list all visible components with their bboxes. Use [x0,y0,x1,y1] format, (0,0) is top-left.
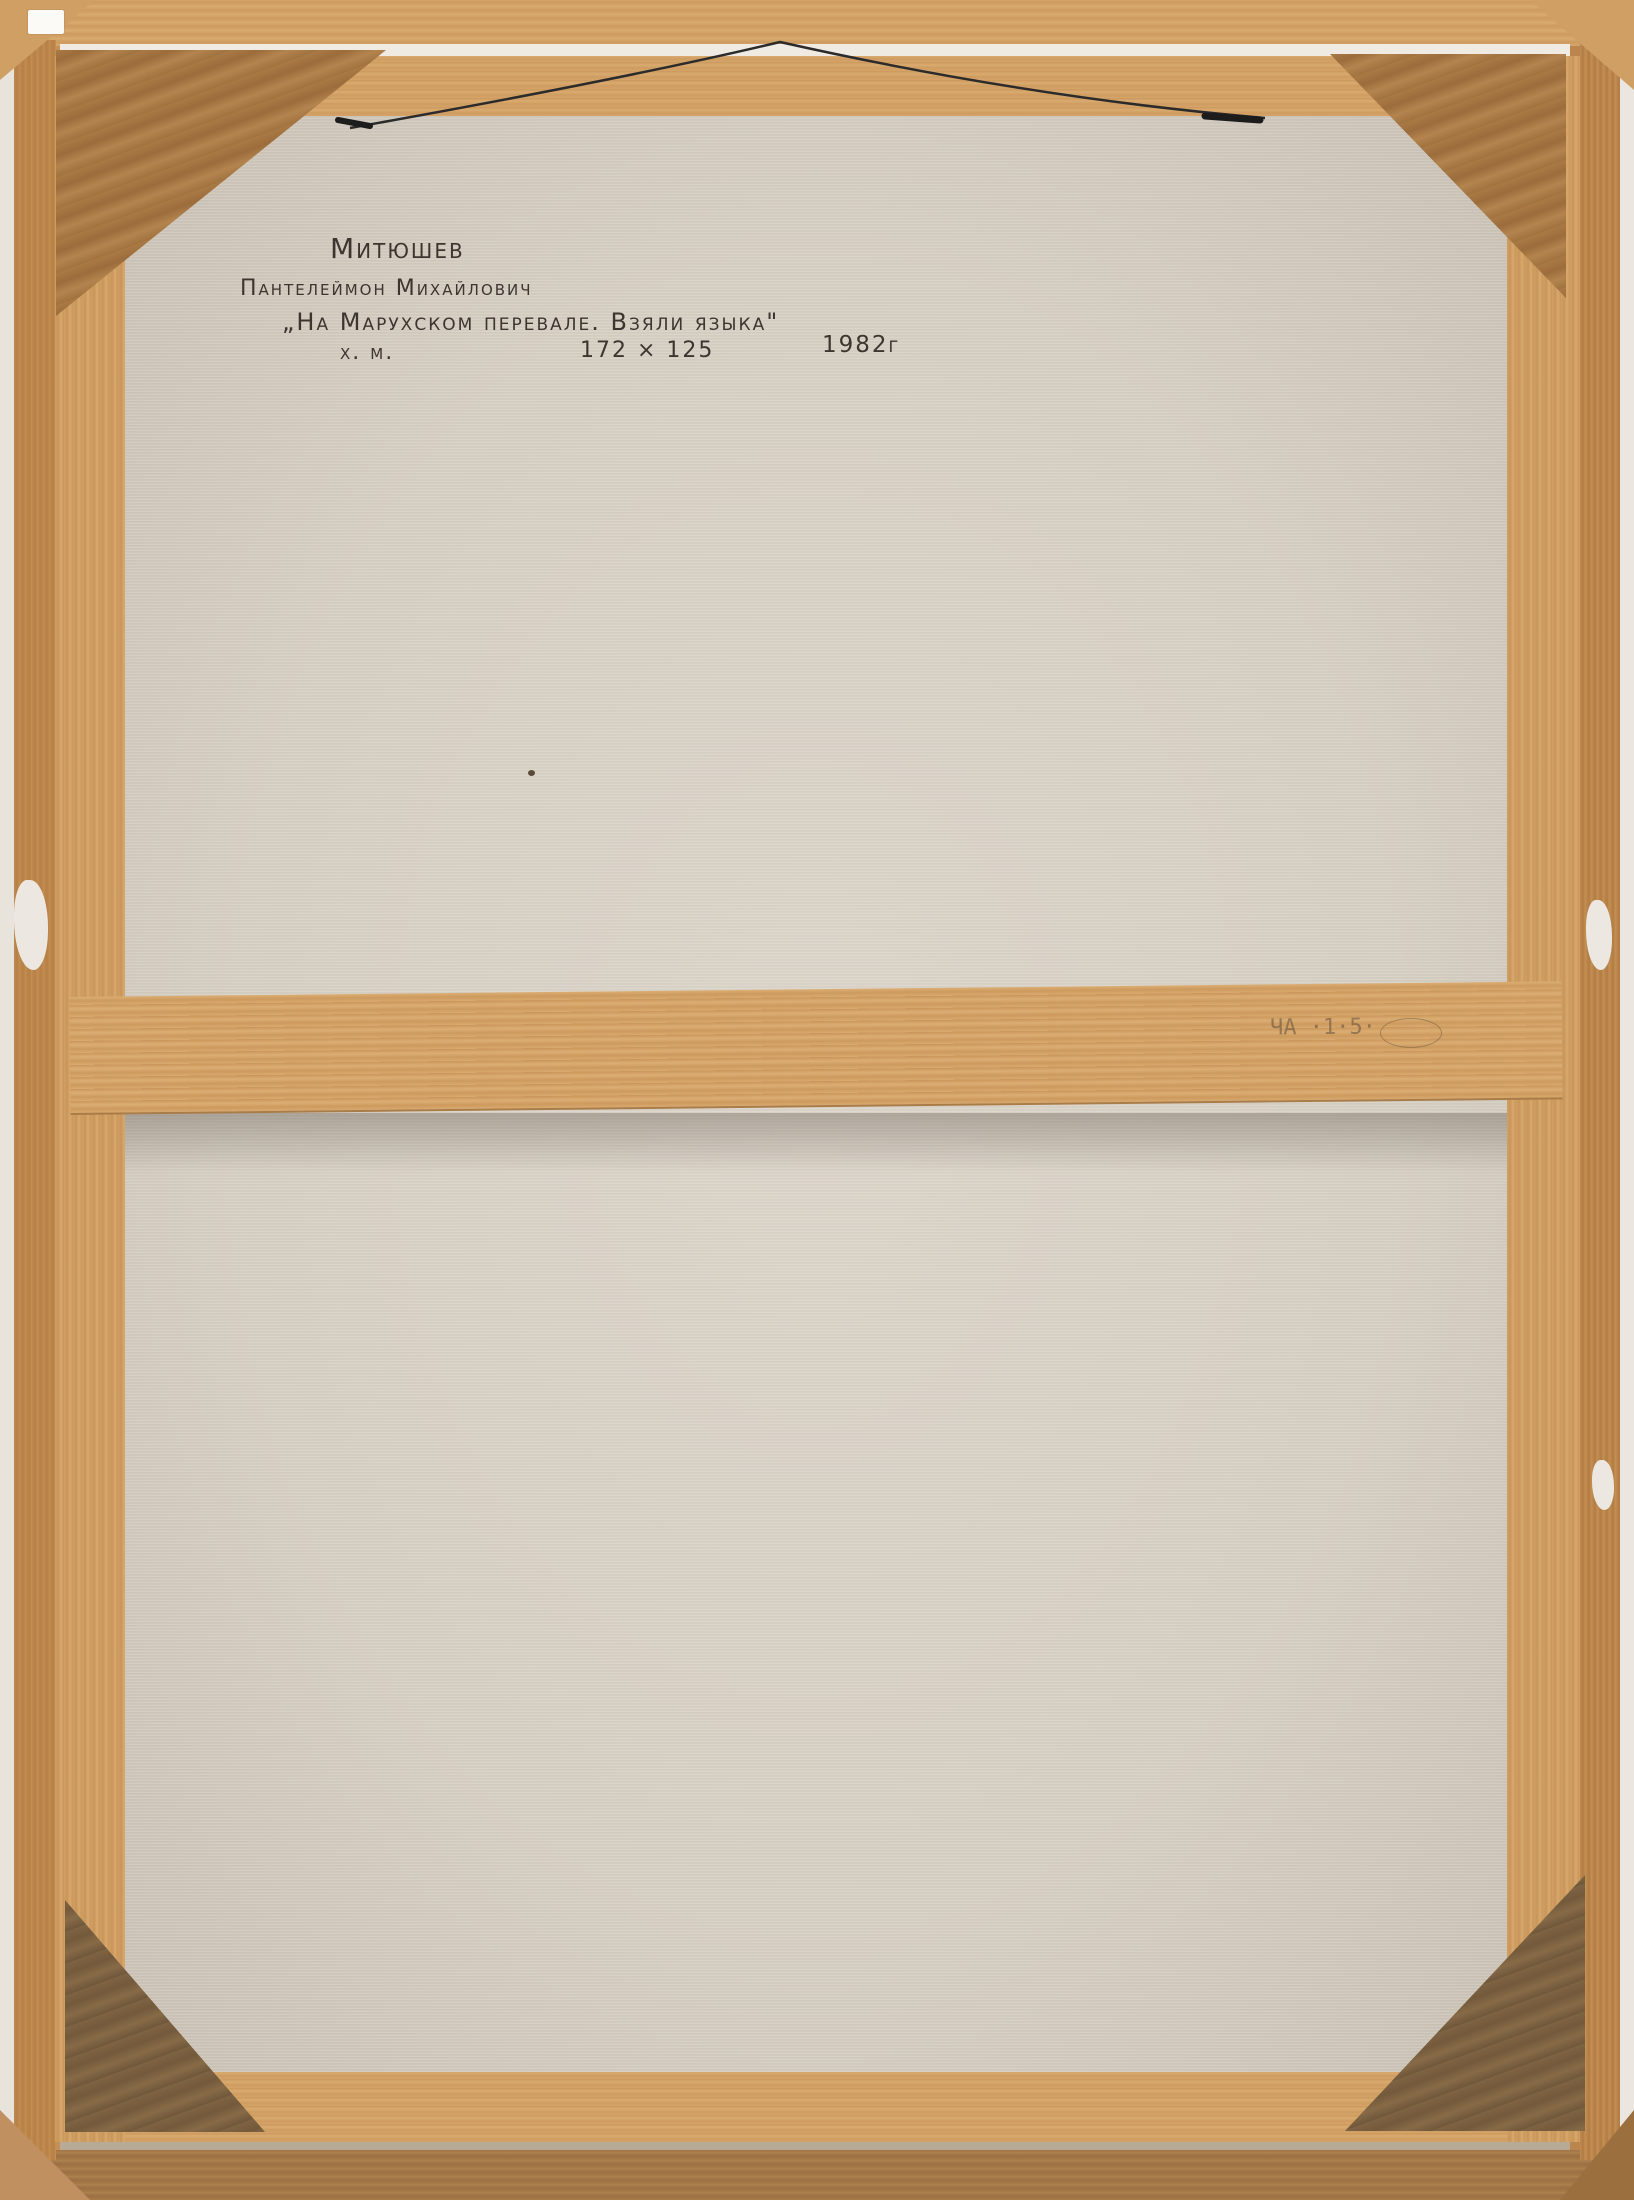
crossbar-pencil-oval [1380,1018,1442,1048]
crossbar-shadow [125,1113,1507,1173]
artist-surname: Митюшев [330,232,465,265]
white-paint-edge-left [0,0,14,2200]
canvas-speck [528,770,535,776]
painting-title: „На Марухском перевале. Взяли языка" [282,308,779,336]
painting-dimensions: 172 × 125 [580,338,714,363]
hanging-wire-icon [330,38,1270,138]
outer-frame-bottom-bar [0,2150,1634,2200]
crossbar-pencil-note: ЧА ·1·5· [1270,1014,1376,1040]
outer-frame-right-bar [1580,40,1620,2160]
painting-year: 1982г [822,332,900,358]
outer-frame-left-bar [14,40,56,2160]
paint-spot [1592,1460,1614,1510]
artist-given-names: Пантелеймон Михайлович [240,276,533,301]
painting-medium: х. м. [340,340,394,365]
paint-spot [1586,900,1612,970]
stretcher-crossbar [69,981,1562,1115]
stretcher-bar-bottom [58,2072,1570,2142]
white-paint-edge-right [1620,0,1634,2200]
inventory-label-sticker [28,10,64,34]
